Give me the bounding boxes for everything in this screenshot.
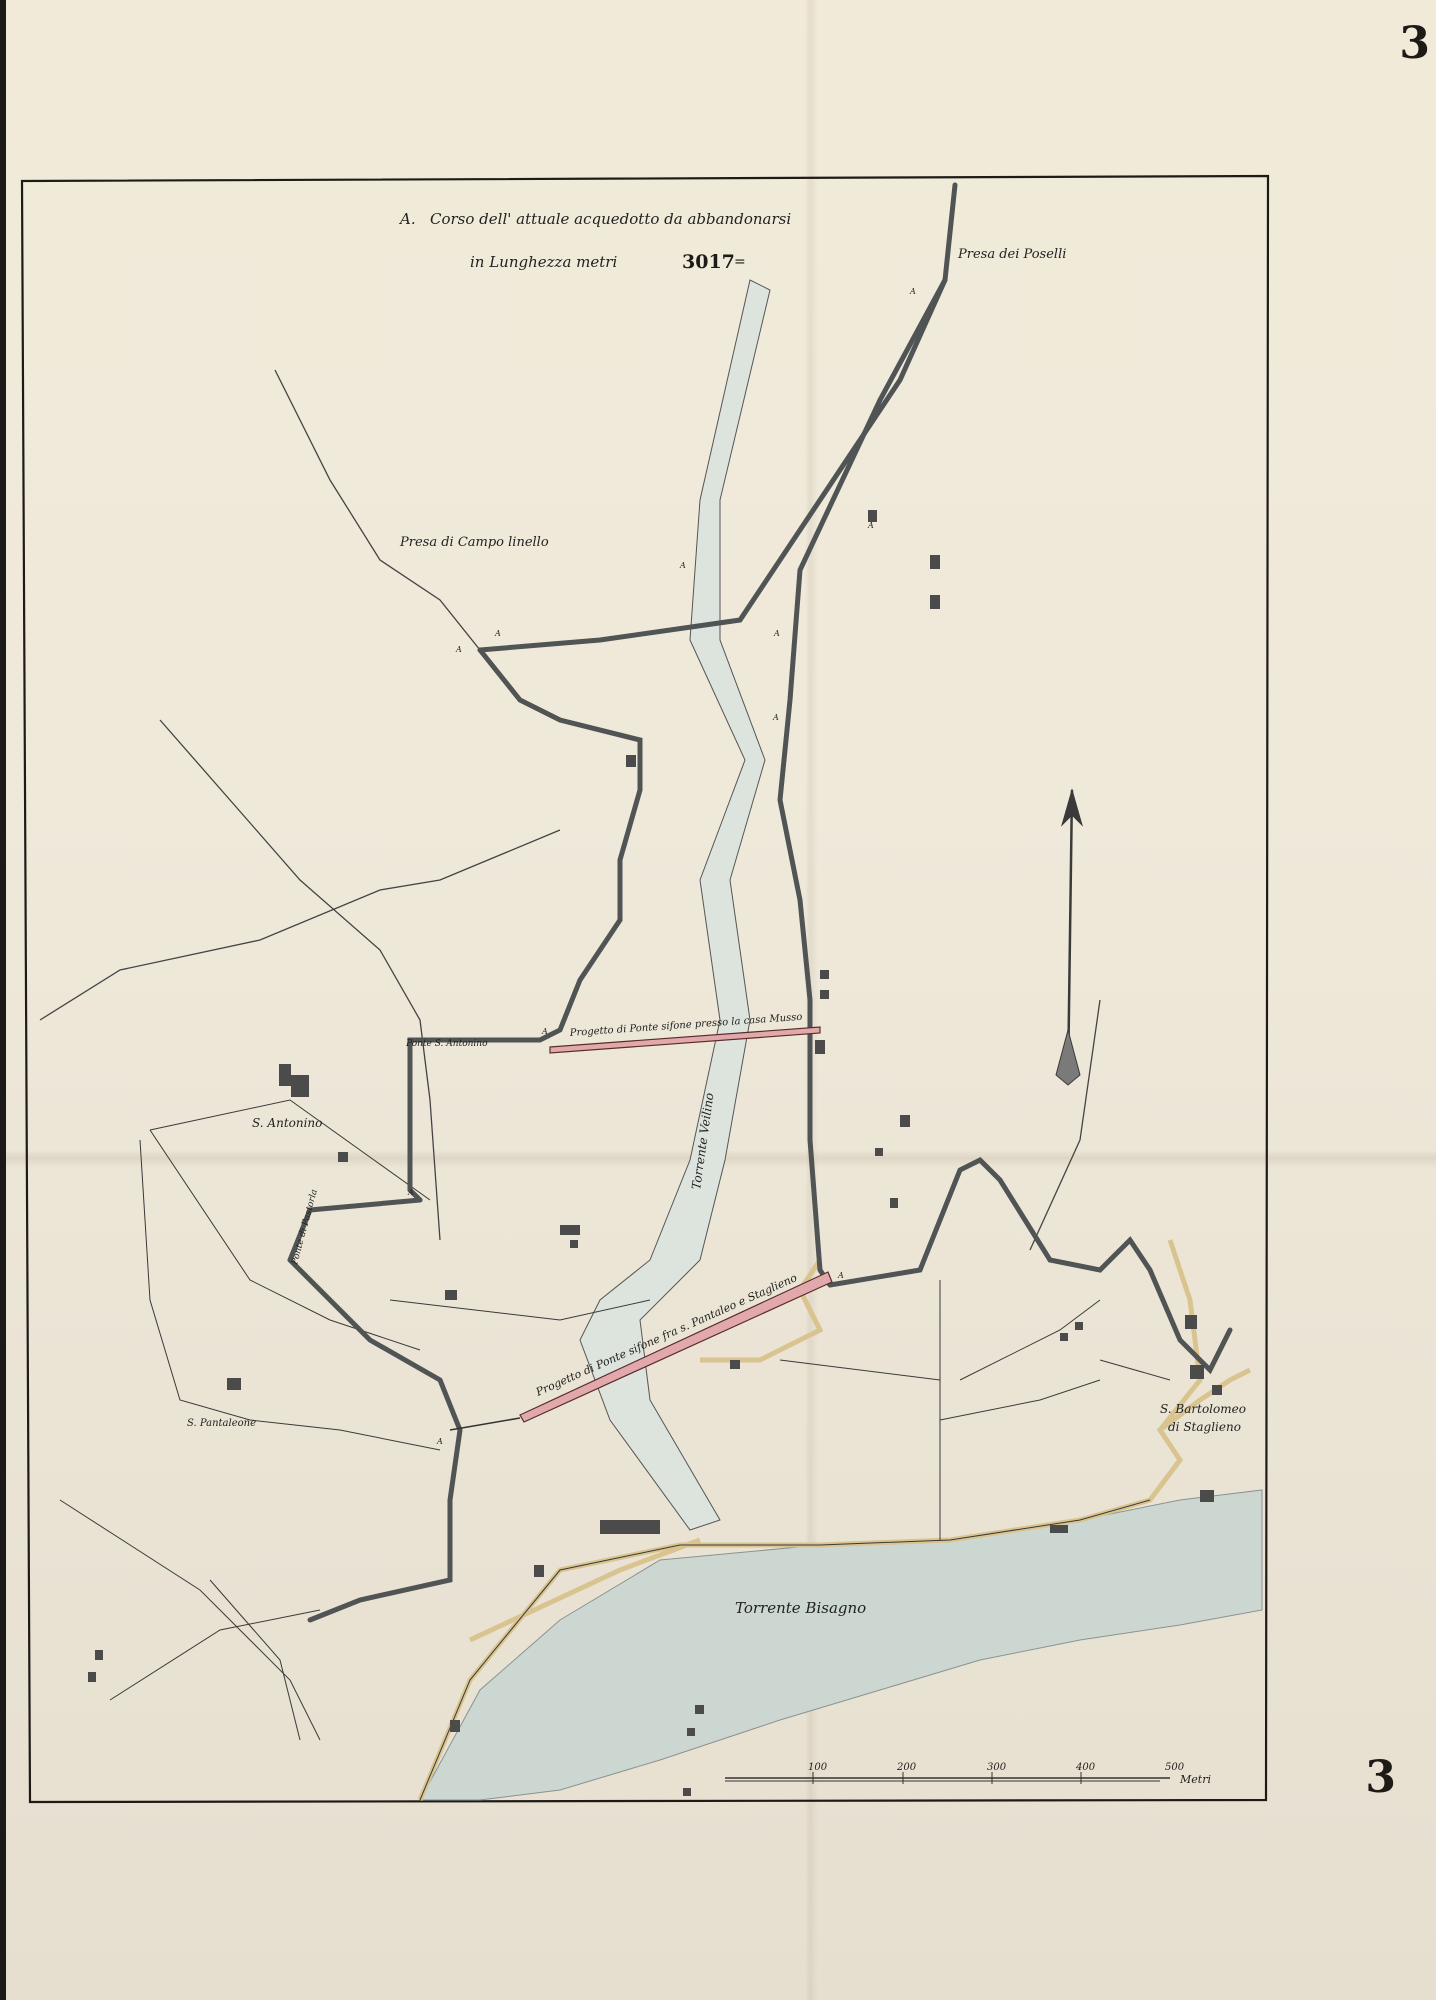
- marker-a: A: [679, 561, 686, 570]
- title-length-suffix: =: [734, 254, 746, 270]
- marker-a: A: [773, 629, 780, 638]
- marker-a: A: [772, 713, 779, 722]
- marker-a: A: [837, 1271, 844, 1280]
- marker-a: A: [541, 1027, 548, 1036]
- title-line-2: in Lunghezza metri: [470, 253, 617, 271]
- label-ponte-pastorla: Ponte di Pastorla: [290, 1188, 320, 1266]
- label-presa-poselli: Presa dei Poselli: [957, 247, 1066, 262]
- north-arrow-icon: [1056, 790, 1082, 1085]
- scale-tick-300: 300: [987, 1762, 1007, 1773]
- title-marker: A.: [398, 210, 416, 228]
- scale-tick-500: 500: [1165, 1762, 1185, 1773]
- scale-tick-100: 100: [808, 1762, 828, 1773]
- marker-a: A: [407, 1188, 414, 1197]
- marker-a: A: [867, 521, 874, 530]
- title-length-value: 3017: [682, 251, 735, 273]
- label-s-bartolomeo: S. Bartolomeo: [1160, 1402, 1246, 1416]
- title-line-1: Corso dell' attuale acquedotto da abband…: [430, 210, 791, 228]
- marker-a: A: [494, 629, 501, 638]
- scale-unit: Metri: [1179, 1773, 1211, 1786]
- label-s-pantaleone: S. Pantaleone: [187, 1418, 256, 1429]
- label-presa-campo-linello: Presa di Campo linello: [399, 535, 549, 550]
- scale-tick-400: 400: [1075, 1762, 1096, 1773]
- existing-aqueduct: [290, 185, 1230, 1620]
- label-di-staglieno: di Staglieno: [1168, 1420, 1241, 1434]
- scale-bar: 100 200 300 400 500 Metri: [725, 1762, 1211, 1786]
- river-bisagno: [420, 1490, 1262, 1800]
- marker-a: A: [455, 645, 462, 654]
- label-ponte-s-antonino: Ponte S. Antonino: [405, 1039, 488, 1049]
- label-torrente-bisagno: Torrente Bisagno: [735, 1599, 866, 1617]
- streams: [40, 370, 1100, 1250]
- marker-a: A: [436, 1437, 443, 1446]
- marker-a: A: [909, 287, 916, 296]
- scale-tick-200: 200: [896, 1762, 917, 1773]
- label-s-antonino: S. Antonino: [252, 1116, 322, 1130]
- historical-map: 100 200 300 400 500 Metri A. Corso dell'…: [0, 0, 1436, 2000]
